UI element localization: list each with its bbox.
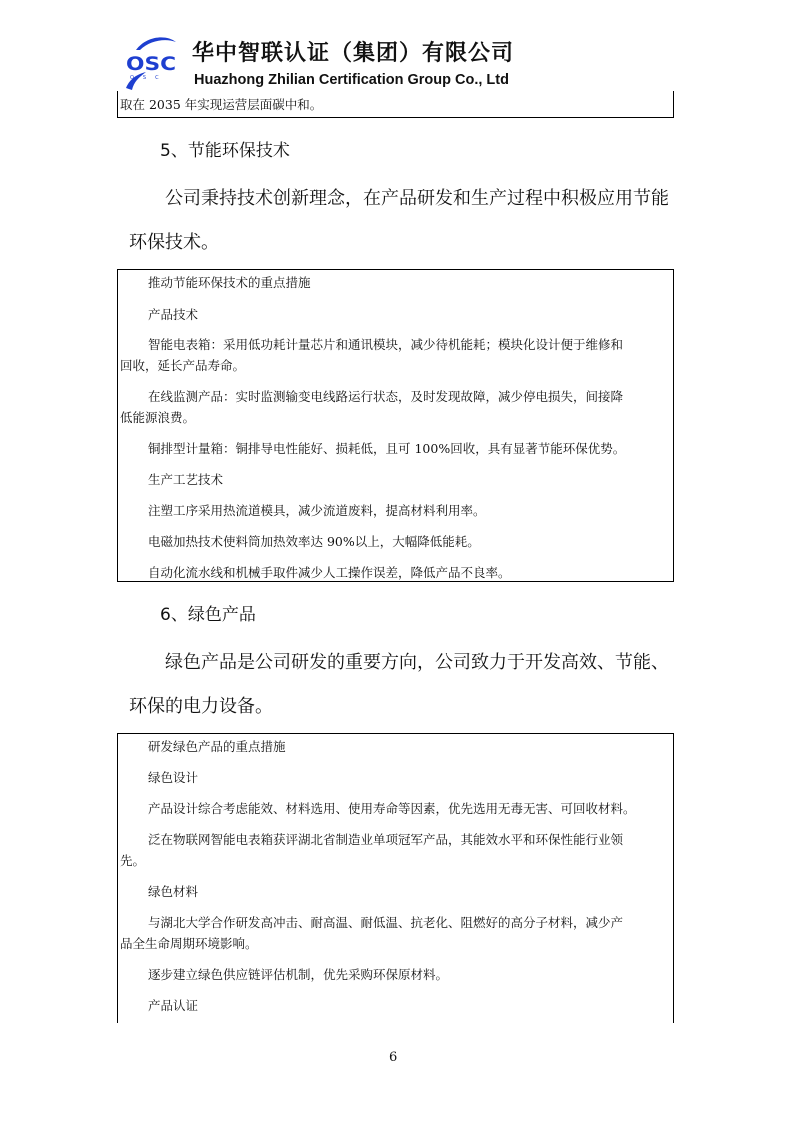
table-text: 注塑工序采用热流道模具，减少流道废料，提高材料利用率。 [148, 501, 486, 519]
green-products-measures-table: 研发绿色产品的重点措施 绿色设计 产品设计综合考虑能效、材料选用、使用寿命等因素… [117, 733, 674, 1023]
section5-paragraph-line1: 公司秉持技术创新理念，在产品研发和生产过程中积极应用节能 [165, 184, 669, 210]
table-text: 逐步建立绿色供应链评估机制，优先采购环保原材料。 [148, 965, 448, 983]
table-text: 自动化流水线和机械手取件减少人工操作误差，降低产品不良率。 [148, 563, 511, 581]
table-text: 品全生命周期环境影响。 [120, 934, 258, 952]
table-subheading: 产品认证 [148, 996, 198, 1014]
table-subheading: 生产工艺技术 [148, 470, 223, 488]
company-name-cn: 华中智联认证（集团）有限公司 [192, 36, 514, 67]
section-heading-5: 5、节能环保技术 [160, 136, 290, 161]
section6-paragraph-line2: 环保的电力设备。 [129, 692, 273, 718]
energy-saving-measures-table: 推动节能环保技术的重点措施 产品技术 智能电表箱：采用低功耗计量芯片和通讯模块，… [117, 269, 674, 582]
page-header: OSC OSC 华中智联认证（集团）有限公司 Huazhong Zhilian … [118, 30, 678, 92]
section5-paragraph-line2: 环保技术。 [129, 228, 219, 254]
table-text: 泛在物联网智能电表箱获评湖北省制造业单项冠军产品，其能效水平和环保性能行业领 [148, 830, 623, 848]
table-text: 与湖北大学合作研发高冲击、耐高温、耐低温、抗老化、阻燃好的高分子材料，减少产 [148, 913, 623, 931]
table-subheading: 绿色设计 [148, 768, 198, 786]
table-text: 先。 [120, 851, 145, 869]
table-text: 产品设计综合考虑能效、材料选用、使用寿命等因素，优先选用无毒无害、可回收材料。 [148, 799, 636, 817]
page-number: 6 [389, 1050, 397, 1065]
table-text: 在线监测产品：实时监测输变电线路运行状态，及时发现故障，减少停电损失，间接降 [148, 387, 623, 405]
table-text: 电磁加热技术使料筒加热效率达 90%以上，大幅降低能耗。 [148, 532, 480, 550]
section-heading-6: 6、绿色产品 [160, 600, 256, 625]
company-logo-icon: OSC OSC [122, 32, 178, 90]
table-title: 研发绿色产品的重点措施 [148, 737, 286, 755]
table-subheading: 产品技术 [148, 305, 198, 323]
table-text: 铜排型计量箱：铜排导电性能好、损耗低，且可 100%回收，具有显著节能环保优势。 [148, 439, 625, 457]
section6-paragraph-line1: 绿色产品是公司研发的重要方向，公司致力于开发高效、节能、 [165, 648, 669, 674]
svg-text:OSC: OSC [130, 75, 168, 81]
table-text: 取在 2035 年实现运营层面碳中和。 [120, 95, 322, 113]
table-subheading: 绿色材料 [148, 882, 198, 900]
table-text: 回收，延长产品寿命。 [120, 356, 245, 374]
table-title: 推动节能环保技术的重点措施 [148, 273, 311, 291]
continued-table-cell: 取在 2035 年实现运营层面碳中和。 [117, 91, 674, 118]
svg-text:OSC: OSC [126, 53, 176, 75]
company-name-en: Huazhong Zhilian Certification Group Co.… [194, 72, 509, 88]
table-text: 低能源浪费。 [120, 408, 195, 426]
table-text: 智能电表箱：采用低功耗计量芯片和通讯模块，减少待机能耗；模块化设计便于维修和 [148, 335, 623, 353]
